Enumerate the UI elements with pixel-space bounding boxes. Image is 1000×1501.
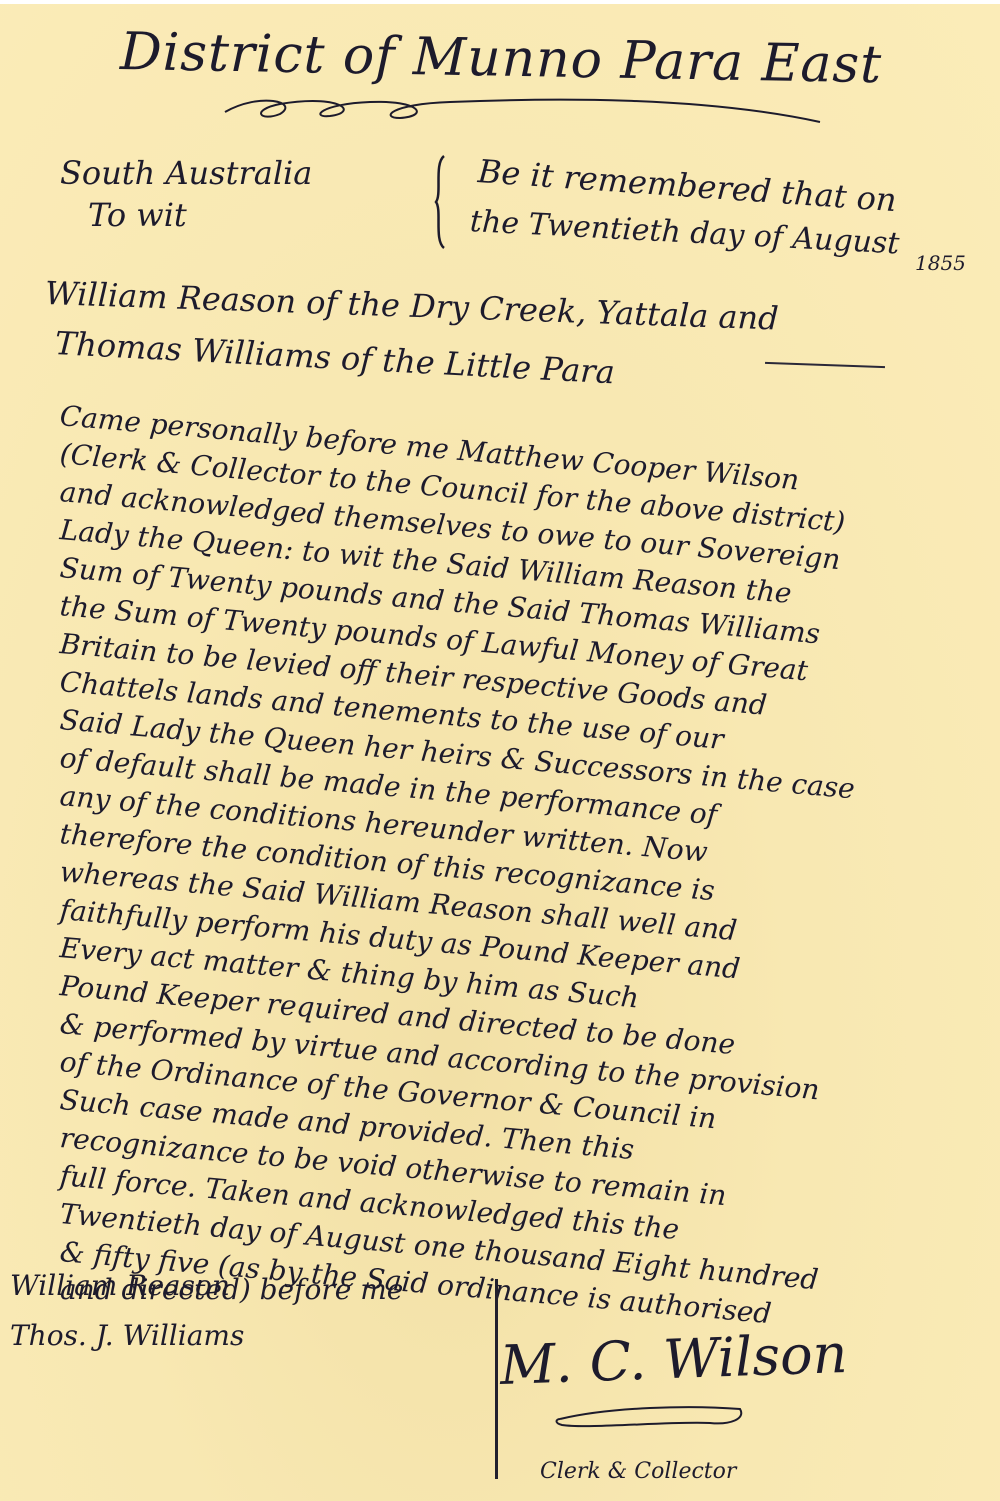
title-underline-flourish	[220, 92, 840, 128]
signature-clerk: M. C. Wilson	[499, 1322, 848, 1397]
signature-thomas-williams: Thos. J. Williams	[10, 1319, 244, 1352]
parties-line-1: William Reason of the Dry Creek, Yattala…	[44, 274, 779, 338]
clerk-title: Clerk & Collector	[540, 1459, 736, 1484]
jurisdiction-line-2: To wit	[88, 196, 187, 234]
signature-flourish	[550, 1399, 750, 1429]
preamble-year: 1855	[915, 251, 966, 275]
parties-rule	[765, 362, 885, 368]
signature-william-reason: William Reason	[10, 1269, 230, 1302]
document-title: District of Munno Para East	[119, 22, 882, 95]
brace-divider	[430, 154, 450, 250]
document-page: District of Munno Para East South Austra…	[0, 4, 1000, 1501]
parties-line-2: Thomas Williams of the Little Para	[54, 324, 616, 391]
jurisdiction-line-1: South Australia	[60, 154, 312, 192]
signature-divider-line	[495, 1279, 498, 1479]
